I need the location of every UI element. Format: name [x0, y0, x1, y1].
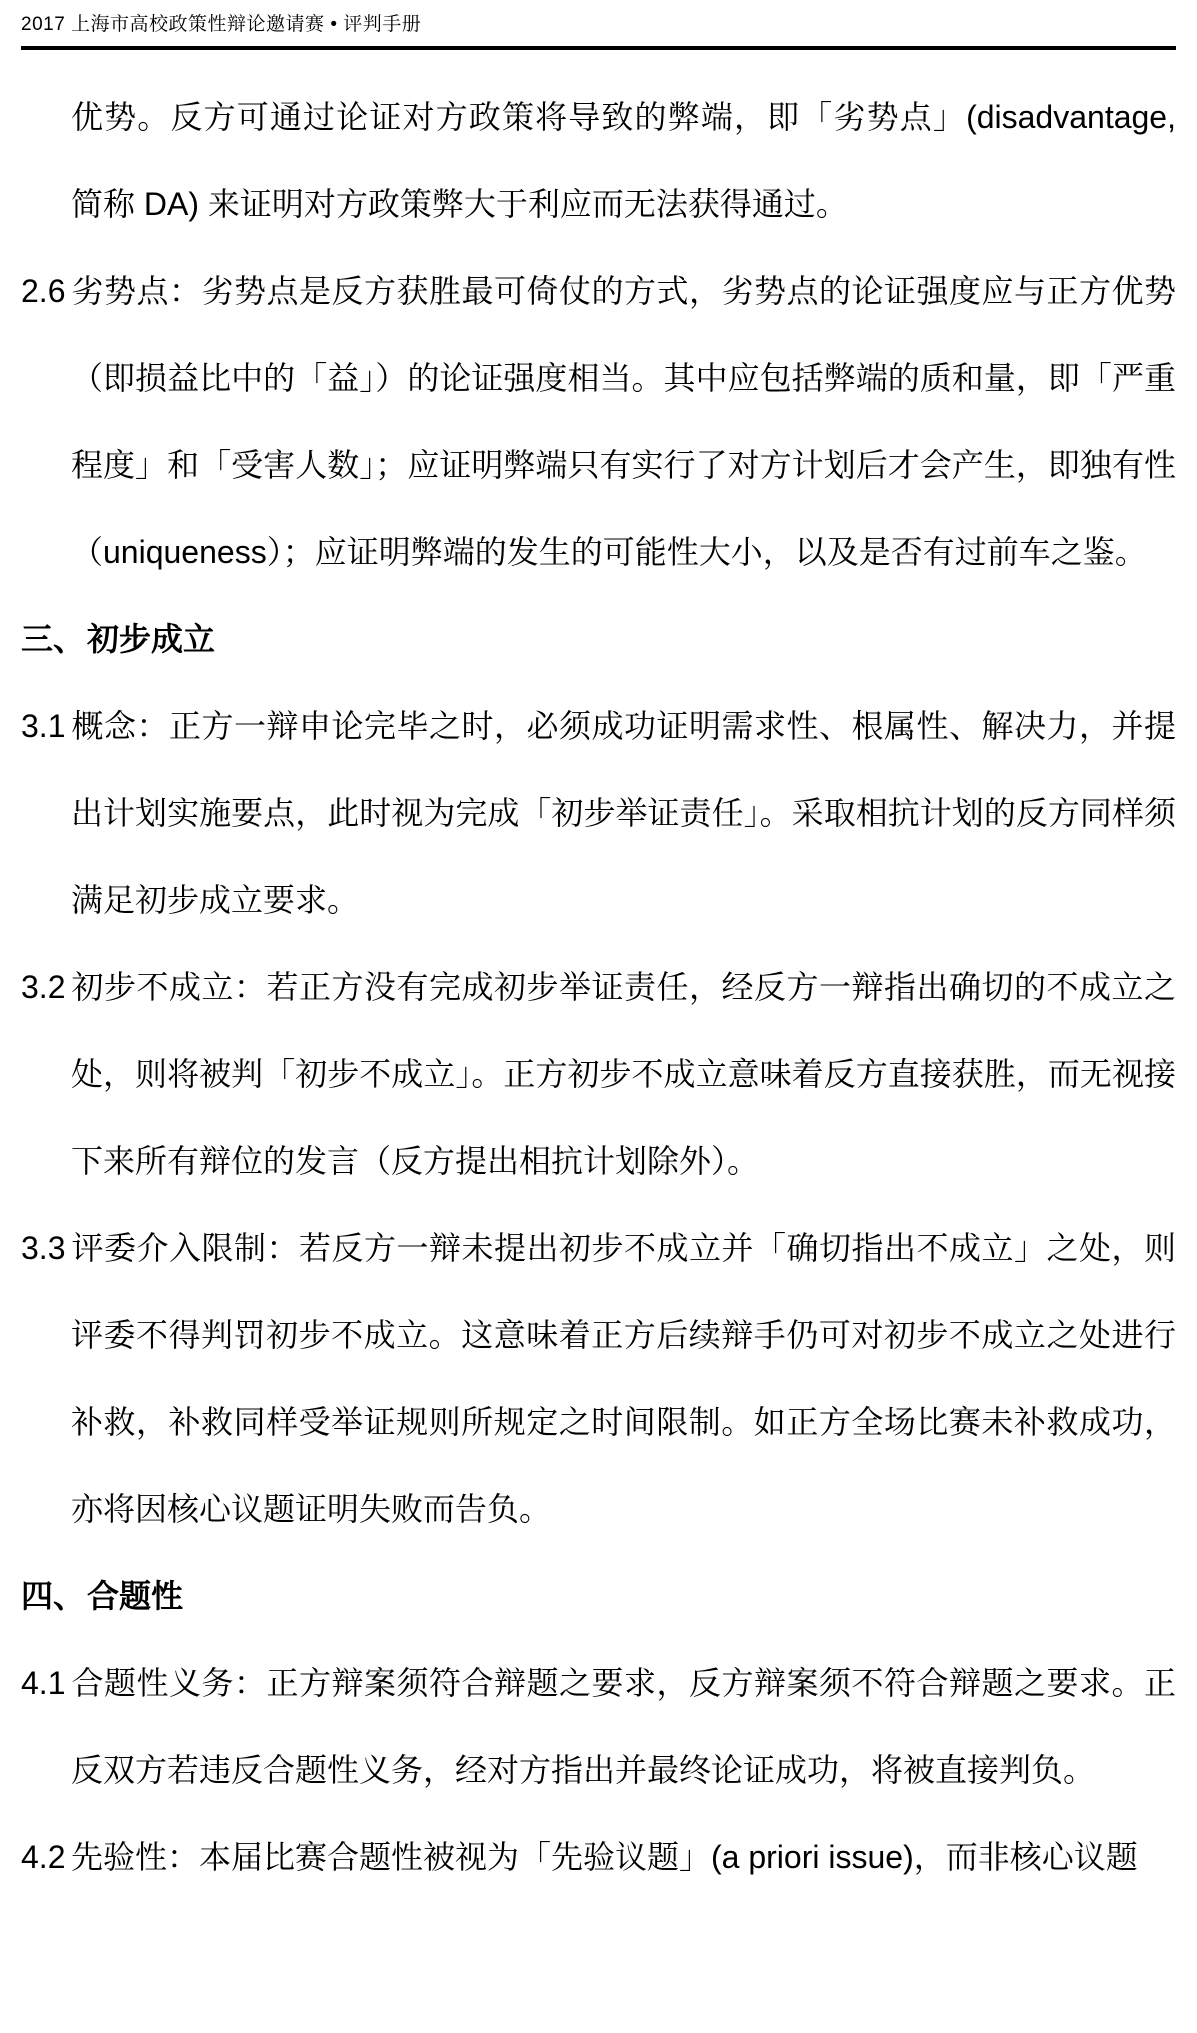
paragraph-text: 优势。反方可通过论证对方政策将导致的弊端，即「劣势点」(disadvantage…	[71, 99, 1176, 222]
section-number: 四、	[21, 1553, 87, 1640]
section-title: 初步成立	[87, 621, 215, 657]
header-rule	[21, 46, 1176, 50]
paragraph-number: 4.1	[21, 1640, 71, 1727]
paragraph-text: 评委介入限制：若反方一辩未提出初步不成立并「确切指出不成立」之处，则评委不得判罚…	[71, 1230, 1176, 1527]
paragraph-number: 3.3	[21, 1205, 71, 1292]
paragraph-4-2: 4.2先验性：本届比赛合题性被视为「先验议题」(a priori issue)，…	[21, 1814, 1176, 1901]
paragraph-text: 先验性：本届比赛合题性被视为「先验议题」(a priori issue)，而非核…	[71, 1839, 1138, 1875]
section-heading-3: 三、初步成立	[21, 596, 1176, 683]
paragraph-continuation-2-5: 优势。反方可通过论证对方政策将导致的弊端，即「劣势点」(disadvantage…	[21, 74, 1176, 248]
running-header-title: 2017 上海市高校政策性辩论邀请赛 • 评判手册	[21, 12, 1176, 46]
section-number: 三、	[21, 596, 87, 683]
paragraph-text: 初步不成立：若正方没有完成初步举证责任，经反方一辩指出确切的不成立之处，则将被判…	[71, 969, 1176, 1179]
paragraph-2-6: 2.6劣势点：劣势点是反方获胜最可倚仗的方式，劣势点的论证强度应与正方优势（即损…	[21, 248, 1176, 596]
paragraph-text: 合题性义务：正方辩案须符合辩题之要求，反方辩案须不符合辩题之要求。正反双方若违反…	[71, 1665, 1176, 1788]
paragraph-number: 4.2	[21, 1814, 71, 1901]
paragraph-number: 3.1	[21, 683, 71, 770]
paragraph-4-1: 4.1合题性义务：正方辩案须符合辩题之要求，反方辩案须不符合辩题之要求。正反双方…	[21, 1640, 1176, 1814]
document-page: 2017 上海市高校政策性辩论邀请赛 • 评判手册 优势。反方可通过论证对方政策…	[0, 0, 1197, 2033]
document-body: 优势。反方可通过论证对方政策将导致的弊端，即「劣势点」(disadvantage…	[21, 74, 1176, 1901]
paragraph-text: 概念：正方一辩申论完毕之时，必须成功证明需求性、根属性、解决力，并提出计划实施要…	[71, 708, 1176, 918]
paragraph-text: 劣势点：劣势点是反方获胜最可倚仗的方式，劣势点的论证强度应与正方优势（即损益比中…	[71, 273, 1176, 570]
paragraph-number: 3.2	[21, 944, 71, 1031]
section-heading-4: 四、合题性	[21, 1553, 1176, 1640]
paragraph-3-1: 3.1概念：正方一辩申论完毕之时，必须成功证明需求性、根属性、解决力，并提出计划…	[21, 683, 1176, 944]
section-title: 合题性	[87, 1578, 183, 1614]
paragraph-3-2: 3.2初步不成立：若正方没有完成初步举证责任，经反方一辩指出确切的不成立之处，则…	[21, 944, 1176, 1205]
paragraph-number: 2.6	[21, 248, 71, 335]
paragraph-3-3: 3.3评委介入限制：若反方一辩未提出初步不成立并「确切指出不成立」之处，则评委不…	[21, 1205, 1176, 1553]
